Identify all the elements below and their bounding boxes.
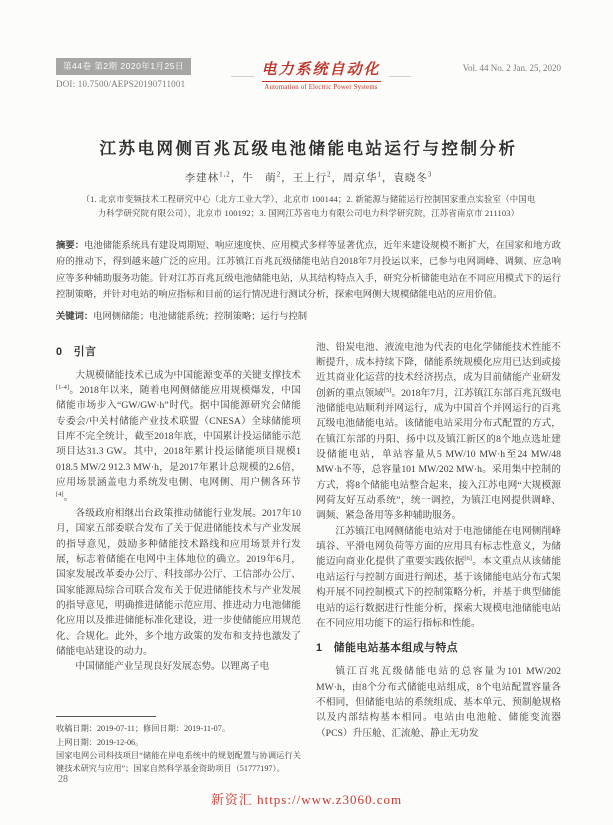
- footnote-dates: 收稿日期：2019-07-11；修回日期：2019-11-07。: [56, 722, 301, 735]
- header-divider-left: [231, 76, 254, 77]
- keywords-label: 关键词：: [56, 311, 93, 321]
- journal-logo: 电力系统自动化 Automation of Electric Power Sys…: [254, 58, 389, 91]
- affiliation-line: （1. 北京市变频技术工程研究中心（北方工业大学），北京市 100144；2. …: [56, 193, 561, 207]
- watermark: 新资汇 https://www.z3060.com: [0, 789, 613, 808]
- author-separator: ，: [382, 173, 394, 184]
- section-heading-0: 0 引言: [56, 344, 301, 361]
- paragraph: 镇江百兆瓦级储能电站的总容量为101 MW/202 MW·h，由8个分布式储能电…: [316, 664, 561, 741]
- page-number: 28: [58, 774, 68, 785]
- paper-title: 江苏电网侧百兆瓦级电池储能电站运行与控制分析: [56, 135, 561, 159]
- paragraph: 大规模储能技术已成为中国能源变革的关键支撑技术[1-4]。2018年以来，随着电…: [56, 368, 301, 506]
- header-left: 第44卷 第2期 2020年1月25日 DOI: 10.7500/AEPS201…: [56, 56, 231, 89]
- affiliations: （1. 北京市变频技术工程研究中心（北方工业大学），北京市 100144；2. …: [56, 193, 561, 222]
- journal-title-en: Automation of Electric Power Systems: [262, 84, 381, 91]
- author-separator: ，: [231, 173, 243, 184]
- section-heading-1: 1 储能电站基本组成与特点: [316, 640, 561, 657]
- doi-text: DOI: 10.7500/AEPS20190711001: [56, 79, 231, 89]
- paragraph: 池、铅炭电池、液流电池为代表的电化学储能技术性能不断提升，成本持续下降，储能系统…: [316, 340, 561, 524]
- citation-ref: [6]: [464, 555, 472, 562]
- citation-ref: [1-4]: [56, 384, 69, 391]
- author-separator: ，: [332, 173, 344, 184]
- author-affil-sup: 1,2: [219, 172, 231, 179]
- journal-header: 第44卷 第2期 2020年1月25日 DOI: 10.7500/AEPS201…: [56, 56, 561, 91]
- column-right: 池、铅炭电池、液流电池为代表的电化学储能技术性能不断提升，成本持续下降，储能系统…: [316, 340, 561, 778]
- author-separator: ，: [281, 173, 293, 184]
- issue-badge: 第44卷 第2期 2020年1月25日: [56, 58, 191, 75]
- author-name: 李建林: [185, 173, 220, 184]
- footnote-funding: 国家电网公司科技项目“储能在岸电系统中的规划配置与协调运行关键技术研究与应用”；…: [56, 749, 301, 776]
- keywords-text: 电网侧储能；电池储能系统；控制策略；运行与控制: [93, 312, 307, 322]
- footnote-online-date: 上网日期：2019-12-06。: [56, 736, 301, 749]
- paragraph-text: 。: [64, 493, 74, 504]
- abstract-label: 摘要：: [56, 240, 84, 250]
- author-name: 王上行: [293, 173, 328, 184]
- paragraph: 江苏镇江电网侧储能电站对于电池储能在电网侧削峰填谷、平滑电网负荷等方面的应用具有…: [316, 524, 561, 632]
- abstract: 摘要：电池储能系统具有建设周期短、响应速度快、应用模式多样等显著优点，近年来建设…: [56, 237, 561, 304]
- header-center: 电力系统自动化 Automation of Electric Power Sys…: [231, 58, 411, 91]
- author-name: 周京华: [343, 173, 378, 184]
- paragraph: 中国储能产业呈现良好发展态势。以锂离子电: [56, 659, 301, 674]
- author-name: 牛 萌: [242, 173, 277, 184]
- keywords: 关键词：电网侧储能；电池储能系统；控制策略；运行与控制: [56, 309, 561, 326]
- header-divider-right: [389, 76, 412, 77]
- author-affil-sup: 3: [428, 172, 432, 179]
- citation-ref: [4]: [56, 491, 64, 498]
- affiliation-line: 力科学研究院有限公司），北京市 100192；3. 国网江苏省电力有限公司电力科…: [56, 207, 561, 221]
- paragraph-text: 。2018年以来，随着电网侧储能应用规模爆发，中国储能市场步入“GW/GW·h”…: [56, 385, 301, 488]
- abstract-text: 电池储能系统具有建设周期短、响应速度快、应用模式多样等显著优点，近年来建设规模不…: [56, 241, 561, 301]
- paragraph-text: 大规模储能技术已成为中国能源变革的关键支撑技术: [75, 370, 301, 381]
- journal-title-cn: 电力系统自动化: [262, 58, 381, 82]
- column-left: 0 引言 大规模储能技术已成为中国能源变革的关键支撑技术[1-4]。2018年以…: [56, 340, 301, 778]
- footnote-block: 收稿日期：2019-07-11；修回日期：2019-11-07。 上网日期：20…: [56, 716, 301, 777]
- body-columns: 0 引言 大规模储能技术已成为中国能源变革的关键支撑技术[1-4]。2018年以…: [56, 340, 561, 778]
- volume-info: Vol. 44 No. 2 Jan. 25, 2020: [411, 63, 561, 73]
- paragraph-text: 。2018年7月，江苏镇江东部百兆瓦级电池储能电站顺利并网运行，成为中国首个并网…: [316, 388, 561, 522]
- footnote-rule: [56, 716, 156, 717]
- author-line: 李建林1,2，牛 萌2，王上行2，周京华1，袁晓冬3: [56, 170, 561, 185]
- author-name: 袁晓冬: [393, 173, 428, 184]
- paper-page: 第44卷 第2期 2020年1月25日 DOI: 10.7500/AEPS201…: [0, 0, 613, 825]
- paragraph: 各级政府相继出台政策推动储能行业发展。2017年10月，国家五部委联合发布了关于…: [56, 506, 301, 659]
